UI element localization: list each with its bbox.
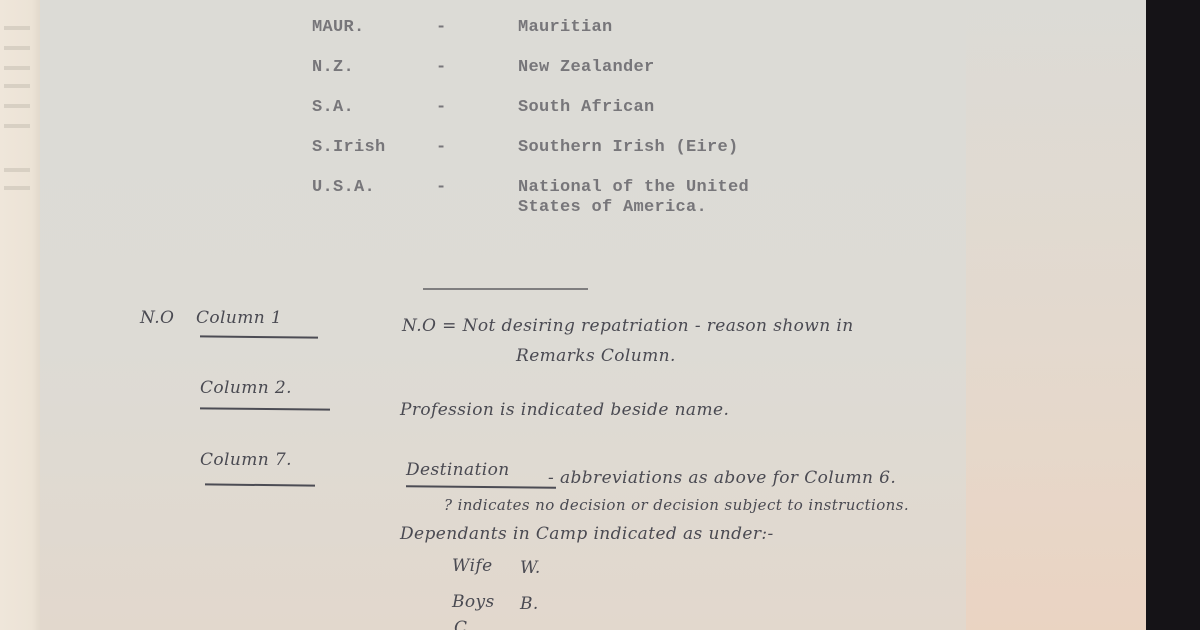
- abbreviation-code: S.A.: [312, 98, 354, 118]
- dependant-code: W.: [520, 558, 541, 578]
- underline: [200, 407, 330, 410]
- abbreviation-code: S.Irish: [312, 138, 386, 158]
- note-text: Remarks Column.: [516, 346, 676, 366]
- abbreviation-meaning-line2: States of America.: [518, 198, 707, 218]
- note-text: ? indicates no decision or decision subj…: [444, 496, 909, 514]
- abbreviation-code: U.S.A.: [312, 178, 375, 198]
- note-text: N.O = Not desiring repatriation - reason…: [402, 316, 854, 336]
- underline: [205, 483, 315, 486]
- note-heading: Destination: [406, 460, 510, 480]
- note-label: Column 7.: [200, 450, 292, 470]
- note-text: Dependants in Camp indicated as under:-: [400, 524, 774, 544]
- abbreviation-code: MAUR.: [312, 18, 365, 38]
- abbreviation-dash: -: [436, 98, 447, 118]
- note-label: Column 2.: [200, 378, 292, 398]
- dependant-label: C: [454, 618, 467, 630]
- abbreviation-meaning: National of the United: [518, 178, 749, 198]
- abbreviation-meaning: Southern Irish (Eire): [518, 138, 739, 158]
- scan-background: [1146, 0, 1200, 630]
- abbreviation-dash: -: [436, 178, 447, 198]
- separator-line: [423, 288, 588, 290]
- abbreviation-meaning: South African: [518, 98, 655, 118]
- abbreviation-dash: -: [436, 18, 447, 38]
- underline: [200, 335, 318, 338]
- scanned-document-view: MAUR. - Mauritian N.Z. - New Zealander S…: [0, 0, 1200, 630]
- dependant-code: B.: [520, 594, 539, 614]
- abbreviation-meaning: Mauritian: [518, 18, 613, 38]
- underline: [406, 485, 556, 488]
- abbreviation-dash: -: [436, 138, 447, 158]
- note-prefix: N.O: [140, 308, 174, 328]
- facing-page-edge: [0, 0, 40, 630]
- document-page: MAUR. - Mauritian N.Z. - New Zealander S…: [40, 0, 1146, 630]
- note-text: Profession is indicated beside name.: [400, 400, 729, 420]
- note-text: - abbreviations as above for Column 6.: [548, 468, 896, 488]
- abbreviation-meaning: New Zealander: [518, 58, 655, 78]
- abbreviation-code: N.Z.: [312, 58, 354, 78]
- dependant-label: Wife: [452, 556, 493, 576]
- dependant-label: Boys: [452, 592, 495, 612]
- abbreviation-dash: -: [436, 58, 447, 78]
- note-label: Column 1: [196, 308, 282, 328]
